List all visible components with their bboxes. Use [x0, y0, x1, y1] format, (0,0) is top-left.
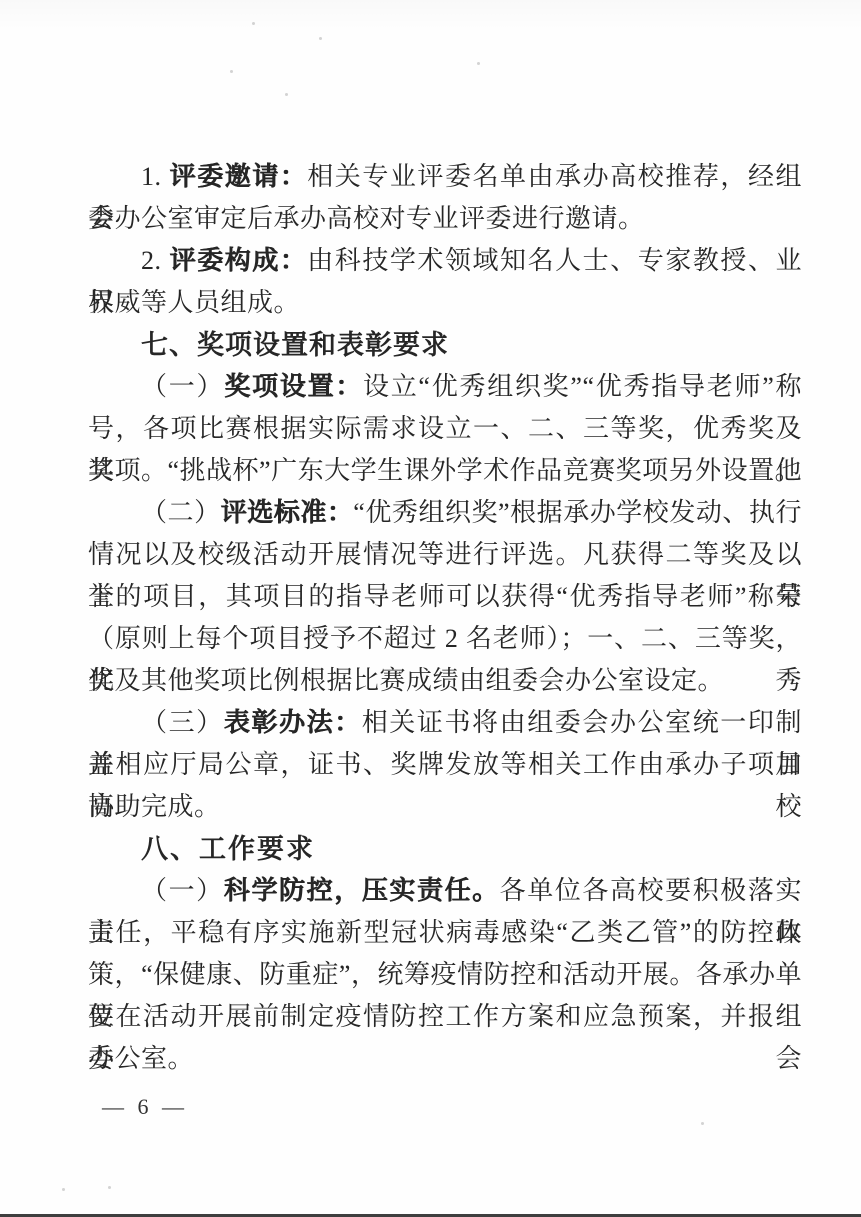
text-segment: （二） — [141, 498, 221, 527]
text-line: 要在活动开展前制定疫情防控工作方案和应急预案，并报组委会 — [88, 996, 802, 1038]
text-segment: “优秀组织奖”根据承办学校发动、执行 — [353, 498, 802, 527]
lead-in-label: 科学防控，压实责任。 — [224, 876, 500, 905]
paragraph: 1. 评委邀请：相关专业评委名单由承办高校推荐，经组委会办公室审定后承办高校对专… — [88, 156, 802, 240]
document-body: 1. 评委邀请：相关专业评委名单由承办高校推荐，经组委会办公室审定后承办高校对专… — [88, 156, 802, 1080]
text-line: （原则上每个项目授予不超过 2 名老师）；一、二、三等奖，优秀 — [88, 618, 802, 660]
text-segment: 要在活动开展前制定疫情防控工作方案和应急预案，并报组委会 — [88, 1002, 802, 1073]
text-segment: 责任，平稳有序实施新型冠状病毒感染“乙类乙管”的防控政 — [88, 918, 802, 947]
text-line: 策，“保健康、防重症”，统筹疫情防控和活动开展。各承办单位 — [88, 954, 802, 996]
text-line: 情况以及校级活动开展情况等进行评选。凡获得二等奖及以上荣 — [88, 534, 802, 576]
paragraph: （一）科学防控，压实责任。各单位各高校要积极落实主体责任，平稳有序实施新型冠状病… — [88, 870, 802, 1080]
text-line: 会办公室审定后承办高校对专业评委进行邀请。 — [88, 198, 802, 240]
text-line: 八、工作要求 — [88, 828, 802, 870]
scan-speck — [477, 62, 480, 65]
scan-speck — [252, 22, 255, 25]
text-line: （一）奖项设置：设立“优秀组织奖”“优秀指导老师”称 — [88, 366, 802, 408]
text-segment: 誉的项目，其项目的指导老师可以获得“优秀指导老师”称号 — [88, 582, 802, 611]
text-segment: 会办公室审定后承办高校对专业评委进行邀请。 — [88, 204, 645, 233]
lead-in-label: 评委构成： — [170, 246, 308, 275]
section-heading: 八、工作要求 — [88, 828, 802, 870]
text-line: 七、奖项设置和表彰要求 — [88, 324, 802, 366]
text-segment: 办公室。 — [88, 1044, 194, 1073]
paragraph: （二）评选标准：“优秀组织奖”根据承办学校发动、执行情况以及校级活动开展情况等进… — [88, 492, 802, 702]
scan-speck — [62, 1188, 65, 1191]
text-segment: 奖项。“挑战杯”广东大学生课外学术作品竞赛奖项另外设置。 — [88, 456, 801, 485]
scan-speck — [285, 93, 288, 96]
text-line: （一）科学防控，压实责任。各单位各高校要积极落实主体 — [88, 870, 802, 912]
text-line: 号，各项比赛根据实际需求设立一、二、三等奖，优秀奖及其他 — [88, 408, 802, 450]
text-line: 奖项。“挑战杯”广东大学生课外学术作品竞赛奖项另外设置。 — [88, 450, 802, 492]
page-number: — 6 — — [102, 1091, 188, 1123]
text-line: 奖及其他奖项比例根据比赛成绩由组委会办公室设定。 — [88, 660, 802, 702]
text-line: 责任，平稳有序实施新型冠状病毒感染“乙类乙管”的防控政 — [88, 912, 802, 954]
text-line: 1. 评委邀请：相关专业评委名单由承办高校推荐，经组委 — [88, 156, 802, 198]
text-segment: （三） — [141, 708, 224, 737]
lead-in-label: 表彰办法： — [224, 708, 362, 737]
text-line: （三）表彰办法：相关证书将由组委会办公室统一印制并加 — [88, 702, 802, 744]
scan-speck — [108, 1186, 111, 1189]
text-segment: 2. — [141, 246, 170, 275]
scan-speck — [319, 37, 322, 40]
text-segment: 权威等人员组成。 — [88, 288, 300, 317]
document-page: 1. 评委邀请：相关专业评委名单由承办高校推荐，经组委会办公室审定后承办高校对专… — [0, 0, 861, 1217]
text-line: 权威等人员组成。 — [88, 282, 802, 324]
text-segment: （一） — [141, 876, 224, 905]
lead-in-label: 奖项设置： — [224, 372, 363, 401]
scan-speck — [230, 70, 233, 73]
lead-in-label: 评选标准： — [221, 498, 354, 527]
scan-speck — [701, 1122, 704, 1125]
paragraph: 2. 评委构成：由科技学术领域知名人士、专家教授、业界权威等人员组成。 — [88, 240, 802, 324]
text-line: 誉的项目，其项目的指导老师可以获得“优秀指导老师”称号 — [88, 576, 802, 618]
section-heading: 七、奖项设置和表彰要求 — [88, 324, 802, 366]
text-line: 2. 评委构成：由科技学术领域知名人士、专家教授、业界 — [88, 240, 802, 282]
lead-in-label: 评委邀请： — [170, 162, 308, 191]
text-line: （二）评选标准：“优秀组织奖”根据承办学校发动、执行 — [88, 492, 802, 534]
text-segment: （一） — [141, 372, 224, 401]
text-line: 盖相应厅局公章，证书、奖牌发放等相关工作由承办子项目高校 — [88, 744, 802, 786]
text-segment: 奖及其他奖项比例根据比赛成绩由组委会办公室设定。 — [88, 666, 724, 695]
paragraph: （三）表彰办法：相关证书将由组委会办公室统一印制并加盖相应厅局公章，证书、奖牌发… — [88, 702, 802, 828]
text-segment: 1. — [141, 162, 170, 191]
text-segment: 设立“优秀组织奖”“优秀指导老师”称 — [363, 372, 802, 401]
text-segment: 协助完成。 — [88, 792, 221, 821]
text-segment: 七、奖项设置和表彰要求 — [141, 330, 449, 360]
text-segment: 八、工作要求 — [141, 834, 315, 864]
paragraph: （一）奖项设置：设立“优秀组织奖”“优秀指导老师”称号，各项比赛根据实际需求设立… — [88, 366, 802, 492]
